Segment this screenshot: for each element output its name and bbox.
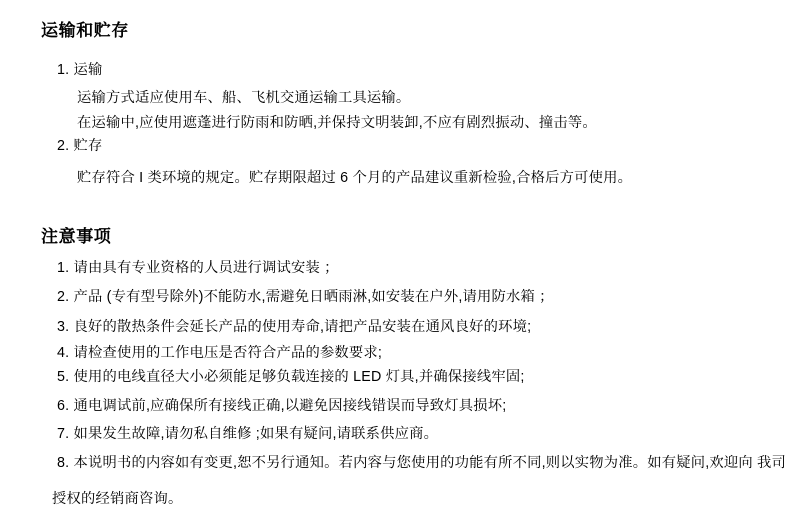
precaution-item-5: 5. 使用的电线直径大小必须能足够负载连接的 LED 灯具,并确保接线牢固; (57, 369, 525, 385)
document-page: { "page": { "background_color": "#ffffff… (0, 0, 790, 531)
precaution-item-2: 2. 产品 (专有型号除外)不能防水,需避免日晒雨淋,如安装在户外,请用防水箱 … (57, 289, 554, 305)
transport-item-1-line-1: 运输方式适应使用车、船、飞机交通运输工具运输。 (77, 90, 410, 106)
transport-item-2-line-1: 贮存符合 I 类环境的规定。贮存期限超过 6 个月的产品建议重新检验,合格后方可… (77, 170, 632, 186)
transport-item-2-label: 2. 贮存 (57, 138, 103, 154)
transport-item-1-line-2: 在运输中,应使用遮蓬进行防雨和防晒,并保持文明装卸,不应有剧烈振动、撞击等。 (77, 115, 597, 131)
precaution-item-8-continuation: 授权的经销商咨询。 (52, 491, 182, 507)
transport-section-heading: 运输和贮存 (41, 21, 129, 41)
precaution-item-8: 8. 本说明书的内容如有变更,恕不另行通知。若内容与您使用的功能有所不同,则以实… (57, 455, 786, 471)
precaution-item-7: 7. 如果发生故障,请勿私自维修 ;如果有疑问,请联系供应商。 (57, 426, 438, 442)
precaution-item-1: 1. 请由具有专业资格的人员进行调试安装 ； (57, 260, 339, 276)
precautions-section-heading: 注意事项 (41, 227, 111, 247)
precaution-item-4: 4. 请检查使用的工作电压是否符合产品的参数要求; (57, 345, 382, 361)
precaution-item-6: 6. 通电调试前,应确保所有接线正确,以避免因接线错误而导致灯具损坏; (57, 398, 506, 414)
transport-item-1-label: 1. 运输 (57, 62, 103, 78)
precaution-item-3: 3. 良好的散热条件会延长产品的使用寿命,请把产品安装在通风良好的环境; (57, 319, 531, 335)
